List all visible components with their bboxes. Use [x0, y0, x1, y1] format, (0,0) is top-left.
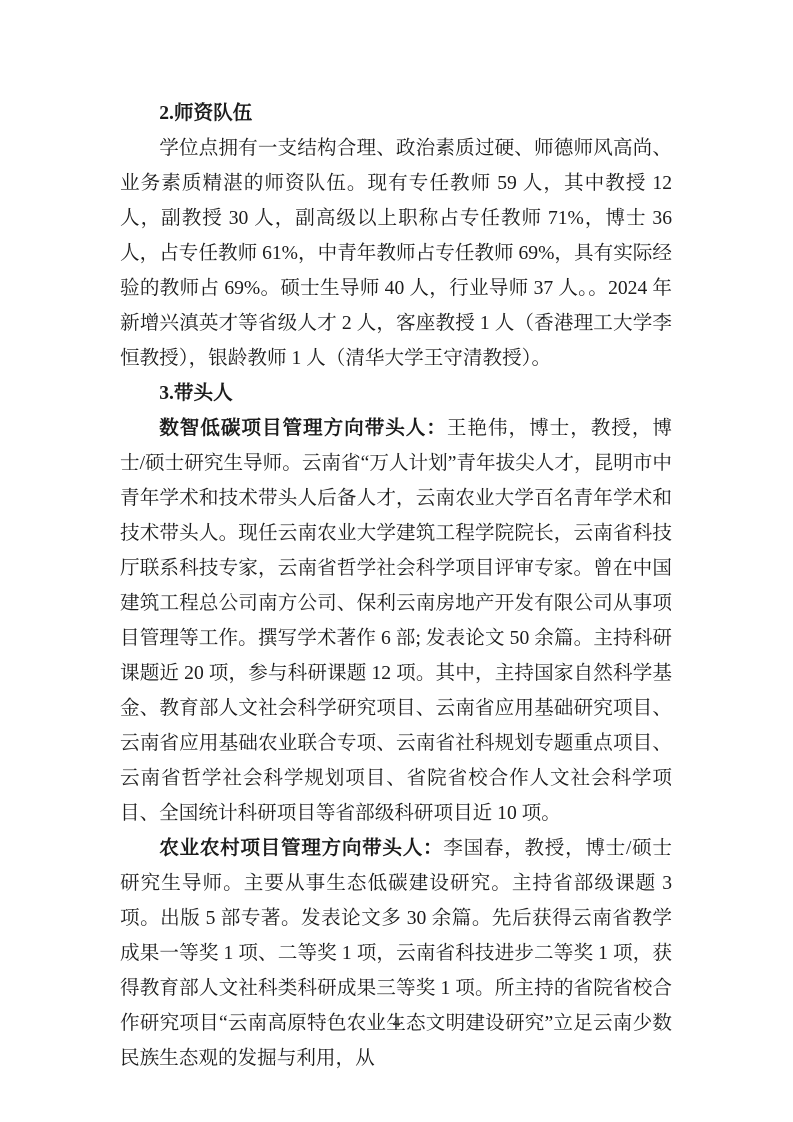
section-heading-leaders: 3.带头人: [120, 376, 672, 411]
document-content: 2.师资队伍 学位点拥有一支结构合理、政治素质过硬、师德师风高尚、业务素质精湛的…: [0, 0, 793, 1076]
page-number: 4: [0, 1013, 793, 1033]
paragraph-text: 王艳伟，博士，教授，博士/硕士研究生导师。云南省“万人计划”青年拔尖人才，昆明市…: [120, 418, 672, 824]
paragraph-lead: 数智低碳项目管理方向带头人：: [159, 418, 447, 439]
paragraph-faculty: 学位点拥有一支结构合理、政治素质过硬、师德师风高尚、业务素质精湛的师资队伍。现有…: [120, 131, 672, 376]
paragraph-leader-digital-lowcarbon: 数智低碳项目管理方向带头人：王艳伟，博士，教授，博士/硕士研究生导师。云南省“万…: [120, 411, 672, 831]
document-page: 2.师资队伍 学位点拥有一支结构合理、政治素质过硬、师德师风高尚、业务素质精湛的…: [0, 0, 793, 1122]
paragraph-text: 李国春，教授，博士/硕士研究生导师。主要从事生态低碳建设研究。主持省部级课题 3…: [120, 838, 672, 1069]
paragraph-text: 学位点拥有一支结构合理、政治素质过硬、师德师风高尚、业务素质精湛的师资队伍。现有…: [120, 138, 672, 369]
paragraph-leader-agriculture-rural: 农业农村项目管理方向带头人：李国春，教授，博士/硕士研究生导师。主要从事生态低碳…: [120, 831, 672, 1076]
section-heading-faculty: 2.师资队伍: [120, 96, 672, 131]
paragraph-lead: 农业农村项目管理方向带头人：: [159, 838, 443, 859]
